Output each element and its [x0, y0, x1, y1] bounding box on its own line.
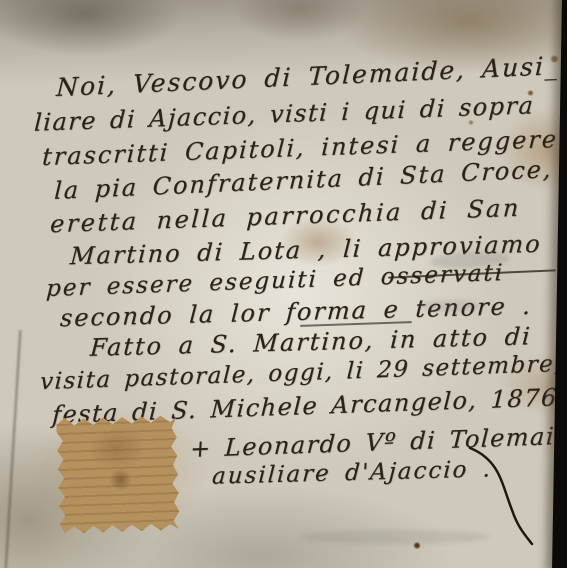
ink-spot	[413, 542, 421, 549]
manuscript-page: Noi, Vescovo di Tolemaide, Ausi_ liare d…	[0, 0, 567, 568]
pen-flourish-stroke	[440, 440, 560, 568]
paper-crease	[5, 330, 22, 568]
book-page-edge-shadow	[552, 0, 567, 568]
revenue-stamp	[56, 414, 180, 534]
